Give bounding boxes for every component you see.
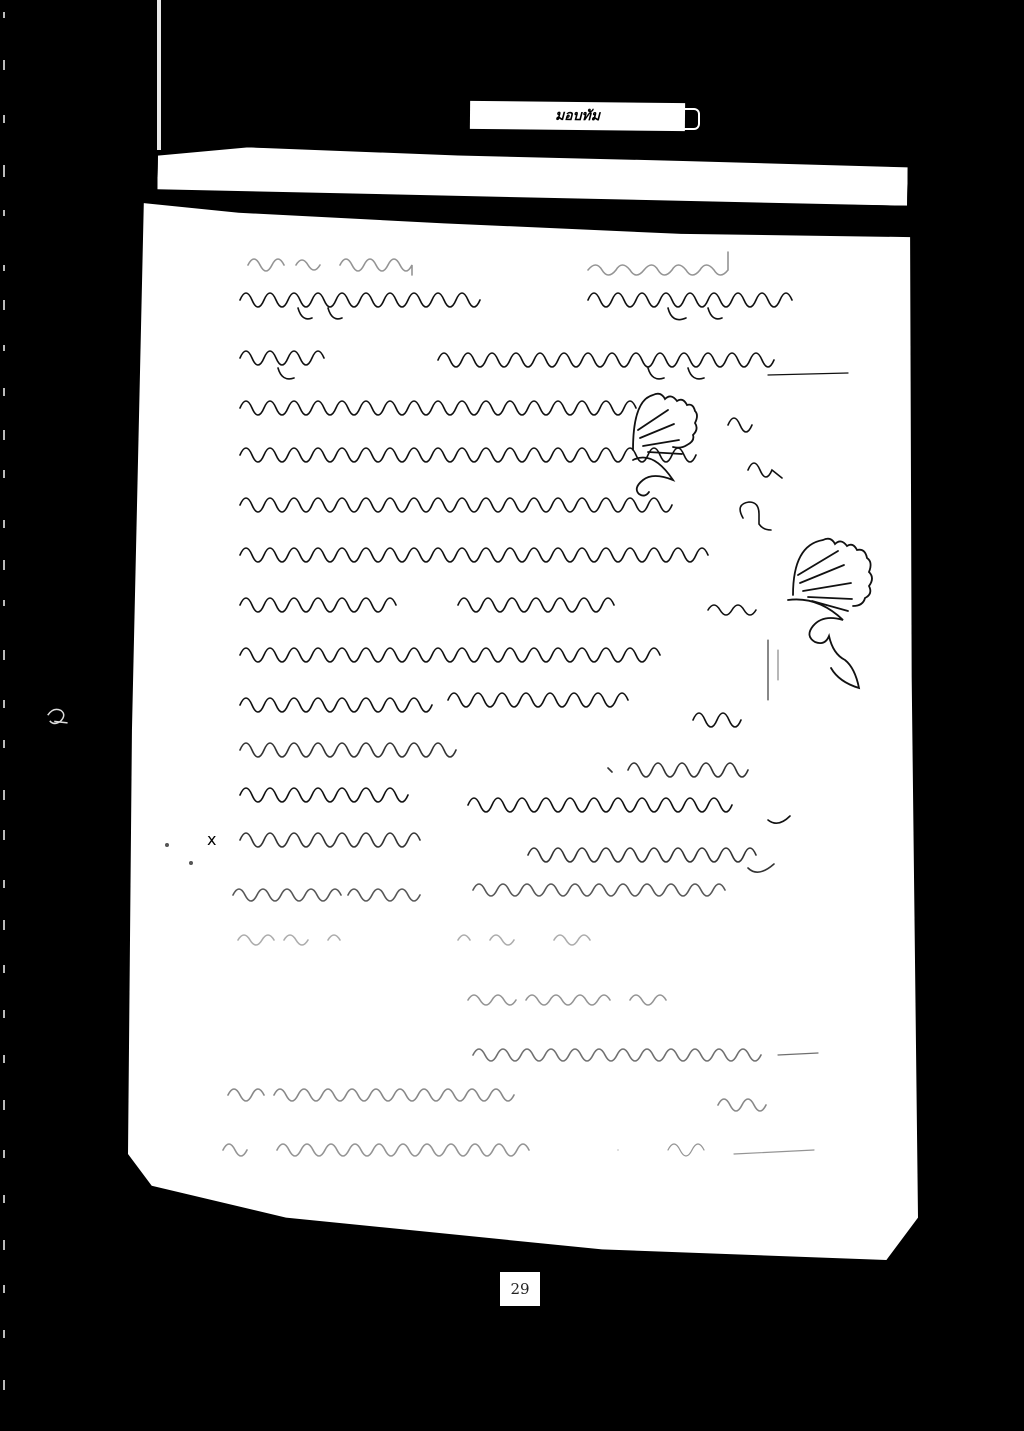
ink-dot <box>165 843 169 847</box>
cover-strip <box>157 146 908 206</box>
scan-edge-marks <box>0 0 14 1431</box>
script-line-11 <box>240 743 748 777</box>
title-label: มอบทัม <box>470 101 685 131</box>
script-line-13 <box>240 833 774 872</box>
fan-ornament-lower <box>788 539 872 688</box>
script-line-7 <box>240 548 708 562</box>
script-line-14 <box>233 884 725 901</box>
label-clip <box>684 108 700 130</box>
script-line-8 <box>240 598 756 615</box>
script-line-10 <box>240 693 741 727</box>
archive-stamp-mark <box>39 700 76 740</box>
cover-spine-edge <box>157 0 161 150</box>
script-line-4 <box>240 401 752 432</box>
script-line-19 <box>223 1144 814 1156</box>
script-line-1 <box>248 252 728 275</box>
script-line-5 <box>240 448 782 478</box>
script-line-2 <box>240 293 792 320</box>
script-line-16 <box>468 995 666 1005</box>
script-line-6 <box>240 498 771 530</box>
script-line-15 <box>238 935 590 945</box>
script-line-18 <box>228 1089 766 1111</box>
ink-dot <box>189 861 193 865</box>
margin-x-mark: x <box>207 830 216 849</box>
script-line-9 <box>240 640 768 700</box>
script-line-17 <box>473 1049 818 1061</box>
fan-ornament-upper <box>633 394 697 496</box>
script-line-3 <box>240 351 848 379</box>
page-number: 29 <box>500 1272 540 1306</box>
manuscript-handwriting <box>128 200 918 1260</box>
script-line-12 <box>240 788 790 823</box>
